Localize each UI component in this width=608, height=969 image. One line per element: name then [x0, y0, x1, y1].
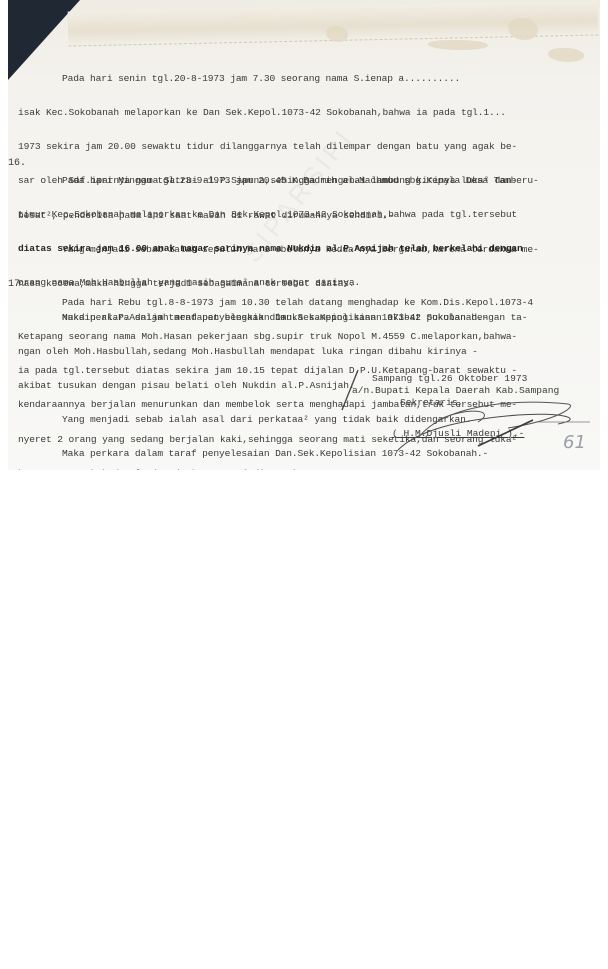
page-number: 61 [563, 432, 586, 453]
entry-line: diatas sekira jam 16.00 anak magar sarin… [18, 243, 594, 254]
scanned-document-page: SIPARSIPI Pada hari senin tgl.20-8-1973 … [8, 0, 600, 470]
entry-line: 1973 sekira jam 20.00 sewaktu tidur dila… [18, 141, 594, 152]
handwritten-signature [328, 360, 598, 460]
entry-line: isak Kec.Sokobanah melaporkan ke Dan Sek… [18, 107, 594, 118]
entry-line: timur Kec.Sokobanah melaporkan ke Dan Se… [18, 209, 594, 220]
entry-line: Pada hari Minggu tgl.23-9-1973 jam 20.45… [18, 175, 594, 186]
entry-line: Pada hari senin tgl.20-8-1973 jam 7.30 s… [18, 73, 594, 84]
entry-line: Pada hari Rebu tgl.8-8-1973 jam 10.30 te… [18, 297, 594, 308]
paper-damage [428, 40, 488, 50]
paper-damage [326, 26, 348, 42]
entry-line: Ketapang seorang nama Moh.Hasan pekerjaa… [18, 331, 594, 342]
entry-line: berat,pun tembok dan lening jembatan men… [18, 468, 594, 470]
